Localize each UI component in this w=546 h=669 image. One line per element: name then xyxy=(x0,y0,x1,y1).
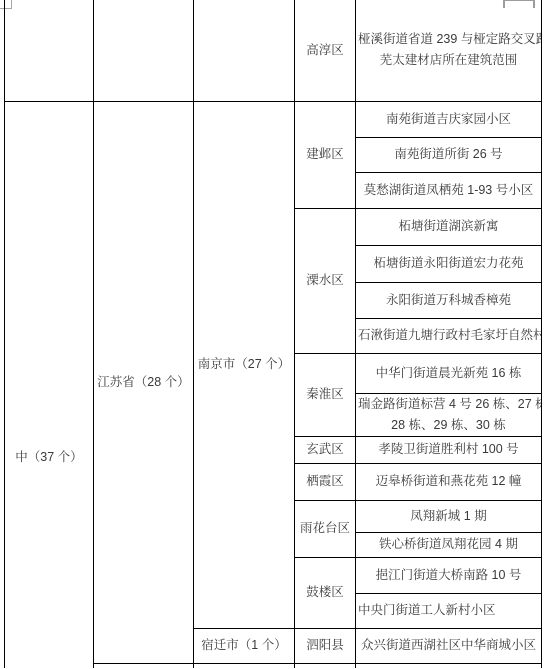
district-cell: 玄武区 xyxy=(295,436,356,463)
district-cell: 雨花台区 xyxy=(295,500,356,557)
empty-cell xyxy=(194,0,295,101)
address-cell: 柘塘街道湖滨新寓 xyxy=(356,208,542,245)
empty-cell xyxy=(94,663,194,668)
address-cell: 柘塘街道永阳街道宏力花苑 xyxy=(356,245,542,282)
empty-cell xyxy=(194,663,295,668)
address-cell: 孝陵卫街道胜利村 100 号 xyxy=(356,436,542,463)
risk-level-cell: 中（37 个） xyxy=(5,101,94,668)
district-cell: 溧水区 xyxy=(295,208,356,353)
address-cell: 瑞金路街道标营 4 号 26 栋、27 栋、 28 栋、29 栋、30 栋 xyxy=(356,393,542,436)
city-cell: 南京市（27 个） xyxy=(194,101,295,628)
risk-area-table: 高淳区 桠溪街道省道 239 与桠定路交叉路口 芜太建材店所在建筑范围 中（37… xyxy=(4,0,542,668)
empty-cell xyxy=(295,663,356,668)
address-cell: 迈皋桥街道和燕花苑 12 幢 xyxy=(356,463,542,500)
address-cell: 铁心桥街道凤翔花园 4 期 xyxy=(356,532,542,557)
document-page: 高淳区 桠溪街道省道 239 与桠定路交叉路口 芜太建材店所在建筑范围 中（37… xyxy=(0,0,546,669)
district-cell: 泗阳县 xyxy=(295,628,356,663)
city-cell: 宿迁市（1 个） xyxy=(194,628,295,663)
address-cell: 莫愁湖街道凤栖苑 1-93 号小区 xyxy=(356,172,542,208)
district-cell: 秦淮区 xyxy=(295,353,356,436)
address-cell: 凤翔新城 1 期 xyxy=(356,500,542,532)
province-cell: 江苏省（28 个） xyxy=(94,101,194,663)
address-cell: 石湫街道九塘行政村毛家圩自然村 xyxy=(356,318,542,353)
table-row: 中（37 个） 江苏省（28 个） 南京市（27 个） 建邺区 南苑街道吉庆家园… xyxy=(5,101,542,137)
empty-cell xyxy=(94,0,194,101)
district-cell: 高淳区 xyxy=(295,0,356,101)
address-cell: 众兴街道西湖社区中华商城小区 xyxy=(356,628,542,663)
district-cell: 建邺区 xyxy=(295,101,356,208)
address-cell: 中央门街道工人新村小区 xyxy=(356,593,542,628)
district-cell: 栖霞区 xyxy=(295,463,356,500)
address-cell: 永阳街道万科城香樟苑 xyxy=(356,282,542,318)
address-cell: 桠溪街道省道 239 与桠定路交叉路口 芜太建材店所在建筑范围 xyxy=(356,0,542,101)
address-cell: 南苑街道所街 26 号 xyxy=(356,137,542,172)
district-cell: 鼓楼区 xyxy=(295,557,356,628)
address-cell: 南苑街道吉庆家园小区 xyxy=(356,101,542,137)
table-row: 高淳区 桠溪街道省道 239 与桠定路交叉路口 芜太建材店所在建筑范围 xyxy=(5,0,542,101)
address-cell: 中华门街道晨光新苑 16 栋 xyxy=(356,353,542,393)
address-cell: 挹江门街道大桥南路 10 号 xyxy=(356,557,542,593)
empty-cell xyxy=(356,663,542,668)
empty-cell xyxy=(5,0,94,101)
